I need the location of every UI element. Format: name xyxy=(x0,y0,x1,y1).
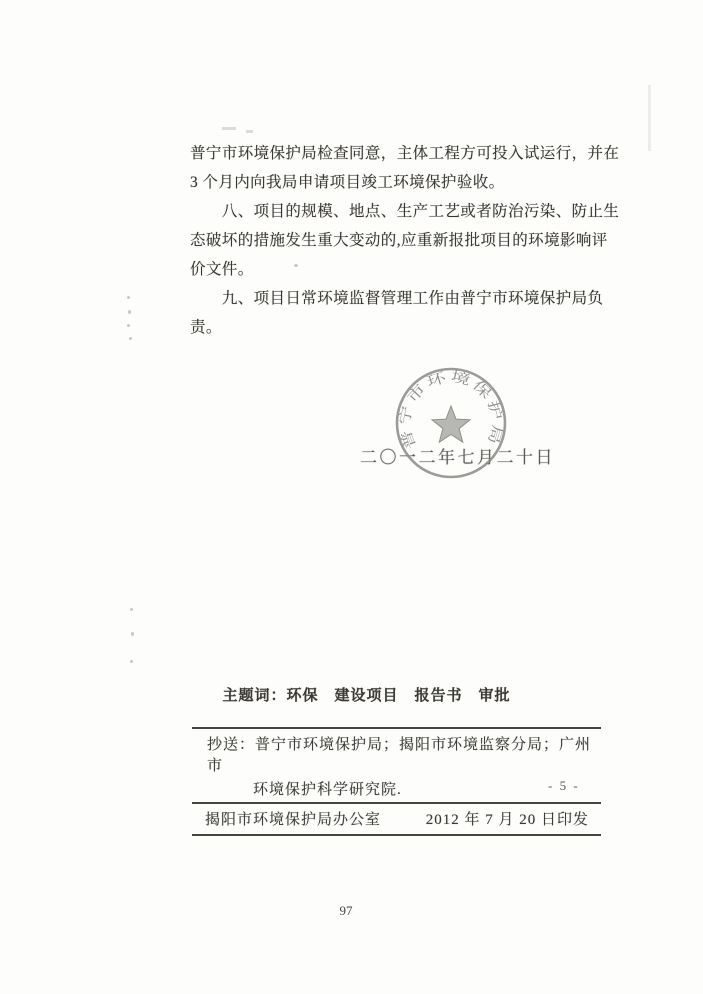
scan-speck xyxy=(130,608,133,611)
body-line: 态破坏的措施发生重大变动的,应重新报批项目的环境影响评 xyxy=(190,226,604,255)
body-text-block: 普宁市环境保护局检查同意，主体工程方可投入试运行，并在 3 个月内向我局申请项目… xyxy=(190,139,604,342)
body-line: 责。 xyxy=(190,313,604,342)
document-footer: 主题词：环保 建设项目 报告书 审批 抄送：普宁市环境保护局；揭阳市环境监察分局… xyxy=(192,664,601,836)
cc-line1: 抄送：普宁市环境保护局；揭阳市环境监察分局；广州市 xyxy=(207,733,601,775)
issue-row: 揭阳市环境保护局办公室 2012 年 7 月 20 日印发 xyxy=(192,804,601,836)
cc-recipients: 普宁市环境保护局；揭阳市环境监察分局；广州市 xyxy=(207,737,591,774)
issue-date: 2012 年 7 月 20 日印发 xyxy=(426,808,589,829)
scan-smudge xyxy=(222,127,236,130)
page-number-label: - 5 - xyxy=(548,778,580,794)
cc-line2: 环境保护科学研究院. xyxy=(207,775,601,799)
subject-terms: 环保 建设项目 报告书 审批 xyxy=(287,688,511,704)
scanned-document-page: 普宁市环境保护局检查同意，主体工程方可投入试运行，并在 3 个月内向我局申请项目… xyxy=(0,0,703,994)
body-line: 3 个月内向我局申请项目竣工环境保护验收。 xyxy=(190,168,604,197)
scan-sheet-number: 97 xyxy=(326,903,366,919)
official-seal-stamp: 普宁市环境保护局 xyxy=(371,348,531,498)
star-icon xyxy=(432,406,470,442)
scan-edge-artifact xyxy=(648,85,651,151)
subject-row: 主题词：环保 建设项目 报告书 审批 xyxy=(192,664,601,729)
subject-label: 主题词： xyxy=(223,688,287,704)
scan-speck xyxy=(127,296,130,299)
issuing-office: 揭阳市环境保护局办公室 xyxy=(205,808,381,829)
body-line: 价文件。 xyxy=(190,255,604,284)
cc-row: 抄送：普宁市环境保护局；揭阳市环境监察分局；广州市 环境保护科学研究院. xyxy=(192,729,601,804)
scan-speck xyxy=(128,310,131,314)
scan-speck xyxy=(127,324,130,327)
body-line: 八、项目的规模、地点、生产工艺或者防治污染、防止生 xyxy=(190,197,604,226)
scan-speck xyxy=(130,660,133,663)
scan-speck xyxy=(129,337,132,340)
scan-smudge xyxy=(246,130,253,133)
cc-label: 抄送： xyxy=(207,737,255,753)
scan-speck xyxy=(131,632,134,636)
body-line: 九、项目日常环境监督管理工作由普宁市环境保护局负 xyxy=(190,284,604,313)
body-line: 普宁市环境保护局检查同意，主体工程方可投入试运行，并在 xyxy=(190,139,604,168)
